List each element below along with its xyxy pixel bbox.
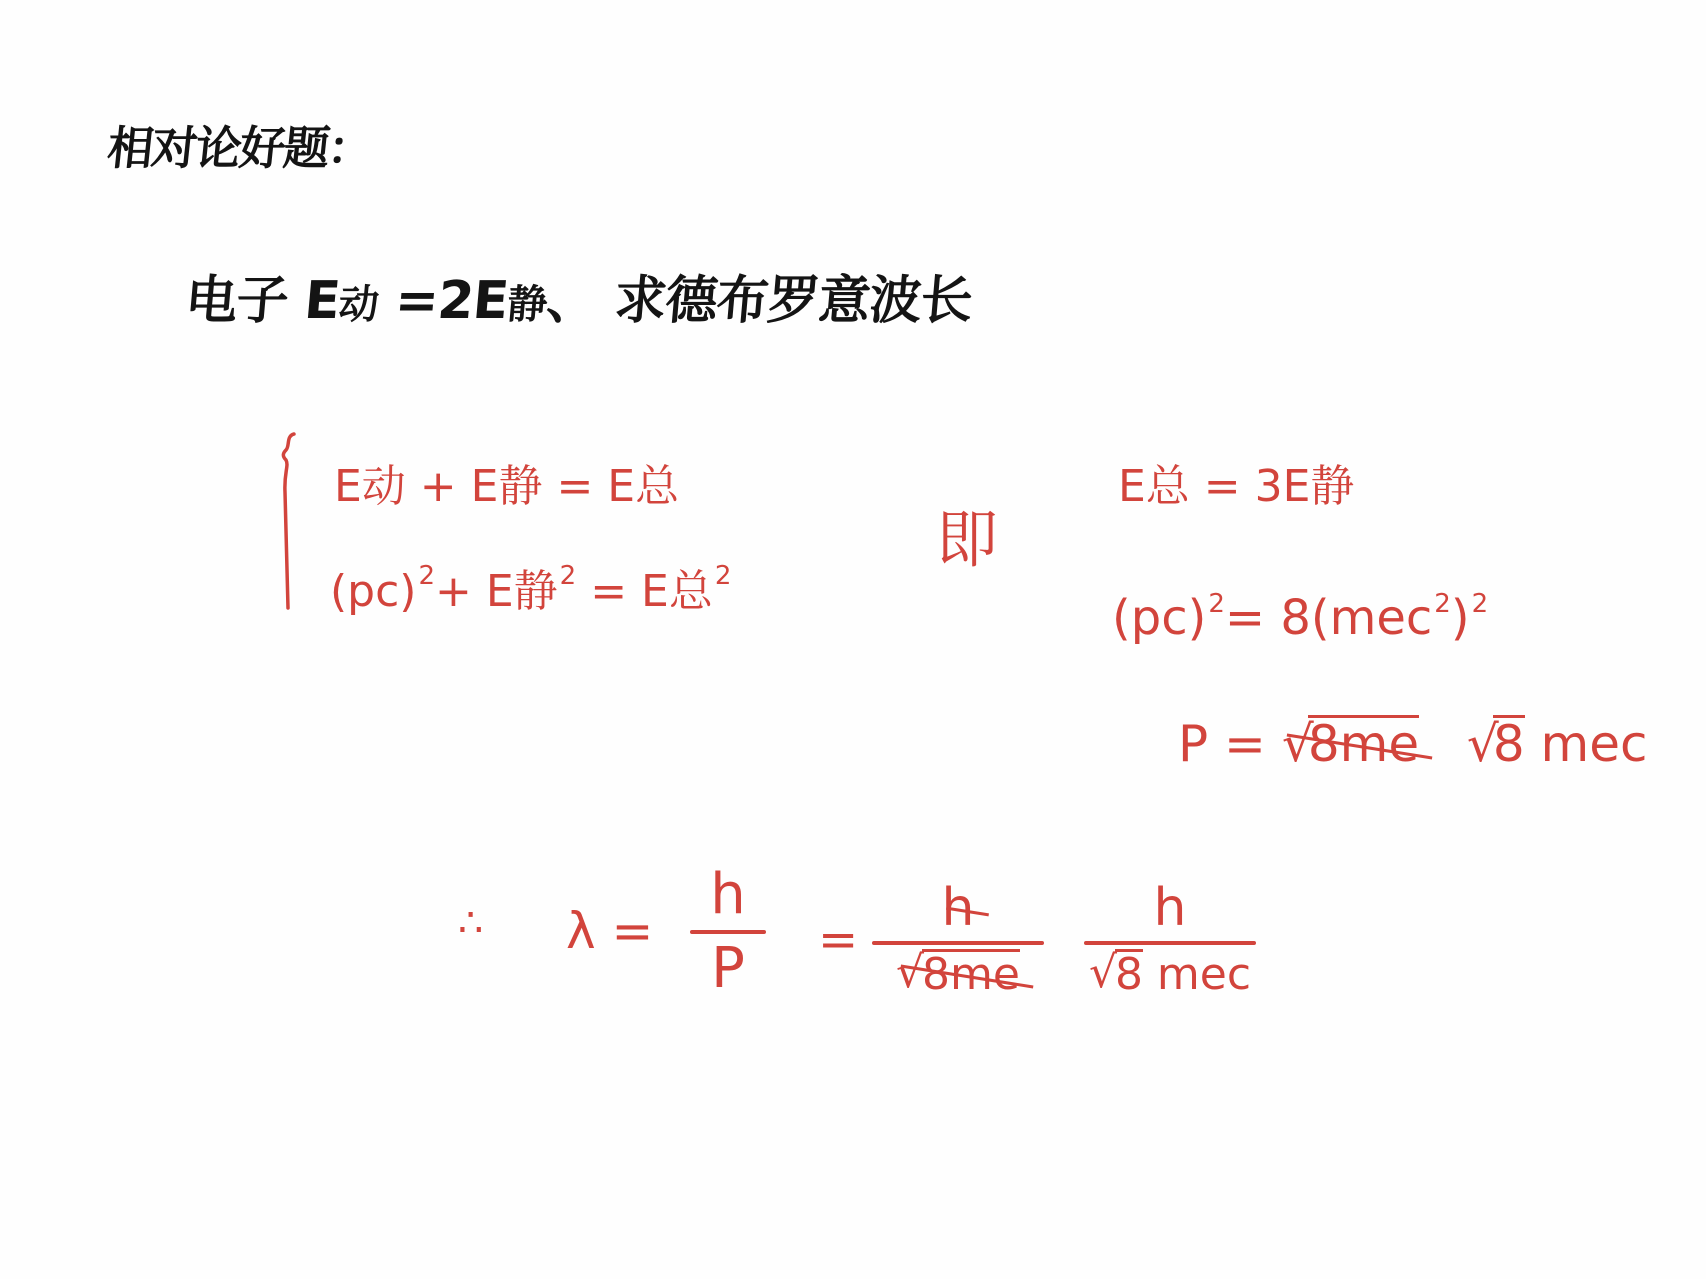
outer-exponent: 2 <box>1472 589 1489 619</box>
problem-rest-sub: 静 <box>505 282 548 328</box>
therefore-icon: ∴ <box>458 900 483 946</box>
sqrt-icon: √ <box>896 949 924 997</box>
energy-sum-rhs: E总 <box>607 461 679 512</box>
pc-exponent: 2 <box>418 561 435 591</box>
fraction-numerator: h <box>710 864 746 926</box>
pc-term: (pc) <box>330 566 416 617</box>
energy-sum-lhs: E动 + E静 <box>334 461 542 512</box>
equation-energy-momentum: (pc)2+ E静2 = E总2 <box>330 555 731 619</box>
equation-energy-sum: E动 + E静 = E总 <box>334 450 679 514</box>
lambda-equals: λ = <box>566 902 653 960</box>
total-energy-relation: E总 = 3E静 <box>1118 450 1354 514</box>
problem-suffix: 、 求德布罗意波长 <box>544 271 974 331</box>
sqrt-icon: √ <box>1089 949 1117 997</box>
fraction-denominator: P <box>711 938 745 1000</box>
momentum-result: P = √ 8me √ 8 mec <box>1178 715 1647 773</box>
problem-statement: 电子 E动 =2E静、 求德布罗意波长 <box>183 258 976 333</box>
mec-tail: mec <box>1143 949 1251 1000</box>
fraction-denominator-struck: √ 8me <box>896 949 1020 999</box>
fraction-bar <box>872 941 1044 945</box>
total-exponent: 2 <box>715 561 732 591</box>
connector-ji: 即 <box>936 490 998 579</box>
energy-momentum-eq: = <box>576 566 641 617</box>
corrected-radical: √ 8 <box>1467 715 1525 773</box>
page-title: 相对论好题： <box>105 112 376 178</box>
energy-sum-eq: = <box>542 461 607 512</box>
fraction-denominator: √ 8 mec <box>1089 949 1251 999</box>
struck-radicand: 8me <box>1308 715 1419 771</box>
equals-sign: = <box>818 912 858 968</box>
struck-radicand: 8me <box>922 949 1020 998</box>
problem-mid: =2E <box>376 271 511 331</box>
sqrt-icon: √ <box>1282 715 1314 773</box>
problem-kinetic-sub: 动 <box>337 282 380 328</box>
radicand: 8 <box>1115 949 1143 998</box>
left-brace-icon <box>280 432 304 610</box>
fraction-numerator-struck: h <box>942 880 975 937</box>
fraction-h-over-p: h P <box>690 864 766 999</box>
rest-exponent: 2 <box>560 561 577 591</box>
pc-lhs: (pc) <box>1112 590 1206 646</box>
problem-prefix: 电子 E <box>183 271 342 331</box>
total-term: E总 <box>641 566 713 617</box>
close-paren: ) <box>1451 590 1470 646</box>
fraction-bar <box>690 930 766 934</box>
struck-radical: √ 8me <box>1282 715 1419 773</box>
pc-lhs-exponent: 2 <box>1208 589 1225 619</box>
fraction-bar <box>1084 941 1256 945</box>
fraction-struck: h √ 8me <box>872 880 1044 1000</box>
sqrt-icon: √ <box>1467 715 1499 773</box>
mec-tail: mec <box>1525 715 1648 773</box>
fraction-final: h √ 8 mec <box>1084 880 1256 1000</box>
mec-term: = 8(mec <box>1225 590 1432 646</box>
rest-term: + E静 <box>435 566 558 617</box>
p-lhs: P = <box>1178 715 1282 773</box>
handwritten-page: 相对论好题： 电子 E动 =2E静、 求德布罗意波长 E动 + E静 = E总 … <box>0 0 1706 1279</box>
fraction-numerator: h <box>1154 880 1187 937</box>
c-exponent: 2 <box>1434 589 1451 619</box>
momentum-squared-relation: (pc)2= 8(mec2)2 <box>1112 590 1488 646</box>
